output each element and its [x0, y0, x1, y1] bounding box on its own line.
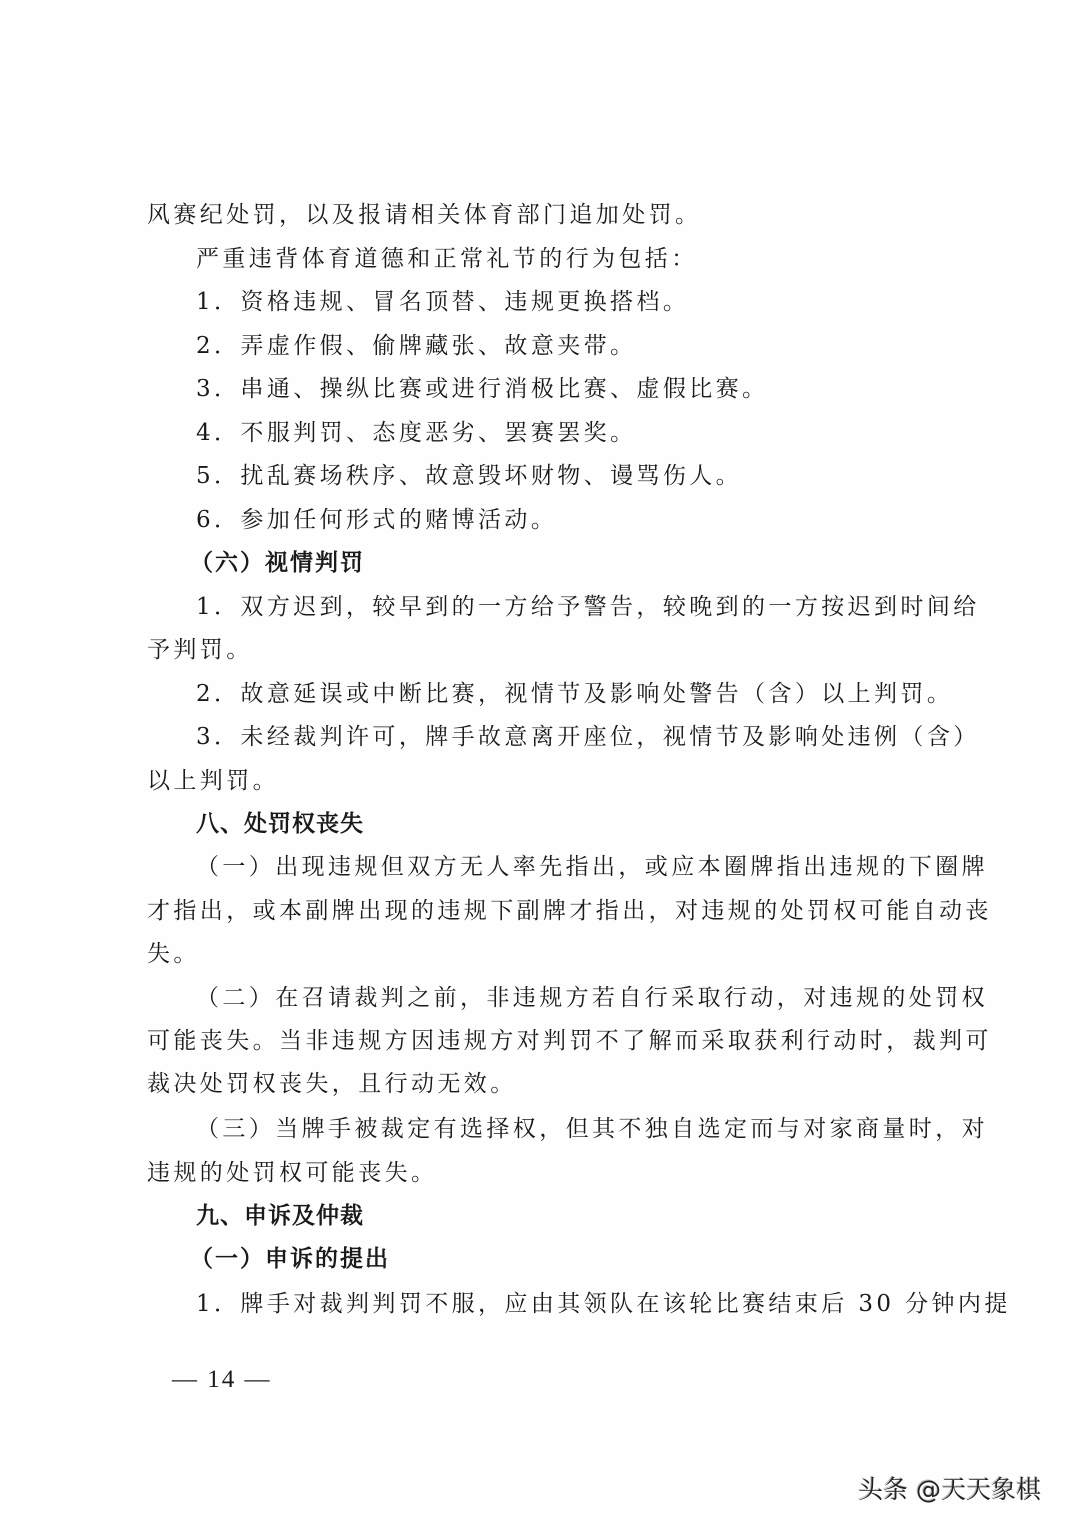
paragraph-line: 可能丧失。当非违规方因违规方对判罚不了解而采取获利行动时，裁判可 [147, 1021, 945, 1061]
list-item: 4．不服判罚、态度恶劣、罢赛罢奖。 [196, 413, 945, 453]
paragraph-line: （一）出现违规但双方无人率先指出，或应本圈牌指出违规的下圈牌 [196, 847, 945, 887]
list-item: 5．扰乱赛场秩序、故意毁坏财物、谩骂伤人。 [196, 456, 945, 496]
watermark: 头条 @天天象棋 [858, 1470, 1041, 1506]
list-item: 2．弄虚作假、偷牌藏张、故意夹带。 [196, 326, 945, 366]
list-item: 1．牌手对裁判判罚不服，应由其领队在该轮比赛结束后 30 分钟内提 [196, 1284, 945, 1324]
section-subheading: （六）视情判罚 [190, 543, 939, 583]
paragraph-line: （三）当牌手被裁定有选择权，但其不独自选定而与对家商量时，对 [196, 1109, 945, 1149]
paragraph-line: 违规的处罚权可能丧失。 [147, 1153, 945, 1193]
paragraph-line: 才指出，或本副牌出现的违规下副牌才指出，对违规的处罚权可能自动丧 [147, 891, 945, 931]
list-item: 6．参加任何形式的赌博活动。 [196, 500, 945, 540]
paragraph-line: （二）在召请裁判之前，非违规方若自行采取行动，对违规的处罚权 [196, 978, 945, 1018]
document-page: 风赛纪处罚，以及报请相关体育部门追加处罚。 严重违背体育道德和正常礼节的行为包括… [0, 0, 1080, 1526]
list-item: 3．串通、操纵比赛或进行消极比赛、虚假比赛。 [196, 369, 945, 409]
list-item: 1．资格违规、冒名顶替、违规更换搭档。 [196, 282, 945, 322]
text-line: 以上判罚。 [147, 761, 945, 801]
section-heading: 八、处罚权丧失 [196, 804, 945, 844]
page-number: — 14 — [172, 1366, 272, 1394]
paragraph-line: 失。 [147, 934, 945, 974]
section-subheading: （一）申诉的提出 [190, 1239, 939, 1279]
text-line: 严重违背体育道德和正常礼节的行为包括： [196, 239, 945, 279]
paragraph-line: 裁决处罚权丧失，且行动无效。 [147, 1064, 945, 1104]
text-line: 予判罚。 [147, 630, 945, 670]
list-item: 2．故意延误或中断比赛，视情节及影响处警告（含）以上判罚。 [196, 674, 945, 714]
section-heading: 九、申诉及仲裁 [196, 1196, 945, 1236]
list-item: 3．未经裁判许可，牌手故意离开座位，视情节及影响处违例（含） [196, 717, 945, 757]
list-item: 1．双方迟到，较早到的一方给予警告，较晚到的一方按迟到时间给 [196, 587, 945, 627]
text-line: 风赛纪处罚，以及报请相关体育部门追加处罚。 [147, 195, 945, 235]
